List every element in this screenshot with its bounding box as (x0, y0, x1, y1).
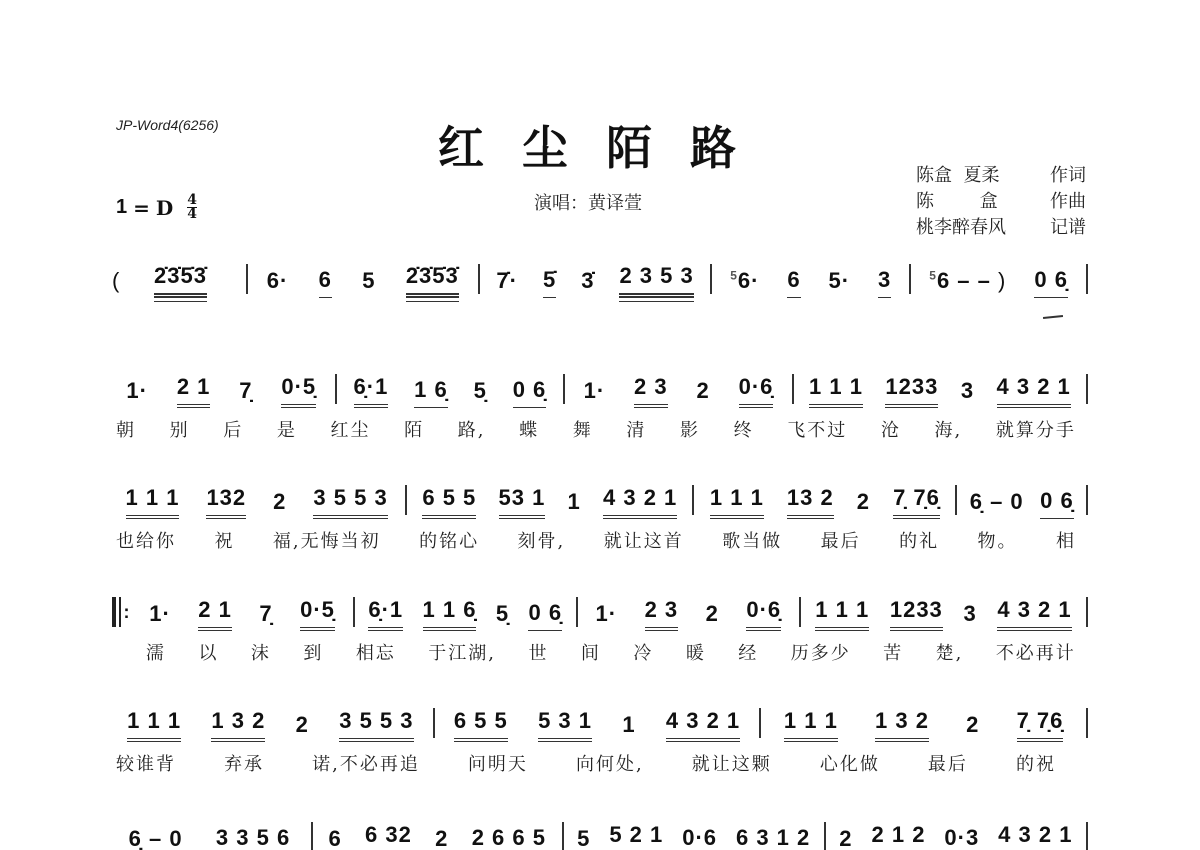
note-group: 0·6̣ (739, 374, 774, 408)
barline (824, 822, 826, 850)
note-group: 132 (206, 485, 246, 519)
lyric: 冷 (633, 639, 653, 665)
key-signature: 1 = D 4 4 (116, 194, 197, 221)
measure: 1 1 1 1 3 2 2 3 5 5 3 (112, 698, 429, 742)
lyric: 心化做 (820, 750, 880, 776)
lyric: 路, (458, 416, 486, 442)
note-group: 5̣ (474, 378, 487, 408)
lyric: 苦 (883, 639, 903, 665)
lyric: 相 (1056, 527, 1076, 553)
measure: 1· 2 3 2 0·6̣ (582, 587, 795, 631)
lyric: 较谁背 (116, 750, 176, 776)
lyric: 间 (581, 639, 601, 665)
credit-transcriber: 桃李醉春风 记谱 (916, 215, 1086, 241)
lyric: 影 (680, 416, 700, 442)
lyric: 濡 (146, 639, 166, 665)
note-group: 3 (878, 267, 891, 298)
note-group: 6̣ – 0 (129, 826, 183, 850)
measure: 2 2 1 2 0·3 4 3 2 1 (830, 812, 1082, 850)
key-note: D (156, 196, 173, 220)
time-signature-bottom: 4 (187, 208, 197, 221)
measure: 6̣ – 0 0 6̣ (961, 475, 1082, 519)
barline (562, 822, 564, 850)
note-group: 2 1 (177, 374, 211, 408)
note-group: 6̣·1 (368, 597, 403, 631)
note-group: 0·3 (944, 825, 979, 850)
measure: 7̇· 5̇ 3̇ 2 3 5 3 (484, 254, 706, 298)
lyric: 暖 (686, 639, 706, 665)
lyric: 诺,不必再追 (312, 750, 420, 776)
barline (692, 485, 694, 515)
lyric: 最后 (821, 527, 861, 553)
lyric: 陌 (404, 416, 424, 442)
note-group: 1 1 6̣ (423, 597, 477, 631)
note-group: 2 3 5 3 (619, 263, 693, 298)
note-group: 5· (829, 268, 851, 298)
note-group: 7̣ (239, 378, 252, 408)
barline (955, 485, 957, 515)
note-group: 3 (963, 601, 976, 631)
note-group: 6 (787, 267, 800, 298)
note-group: 5̣ (496, 601, 509, 631)
note-group: 2 (273, 489, 286, 519)
barline (1086, 264, 1088, 294)
note-group: 3̇ (581, 268, 594, 298)
lyric: 到 (303, 639, 323, 665)
lyric: 楚, (936, 639, 964, 665)
note-group: 2 3 (645, 597, 679, 631)
lyric: 朝 (116, 416, 136, 442)
lyric: 历多少 (791, 639, 851, 665)
note-group: 7̣ 7̣6̣ (1017, 708, 1064, 742)
staff-line-5: 1 1 1 1 3 2 2 3 5 5 3 6 5 5 5 3 1 1 4 3 … (112, 698, 1092, 742)
grace-note: 5 (929, 269, 937, 283)
measure: 1 1 1 13 2 2 7̣ 7̣6̣ (698, 475, 951, 519)
note-group: 0·6̣ (746, 597, 781, 631)
note-group: 0 6̣ (528, 600, 562, 631)
note-group: 3 5 5 3 (339, 708, 413, 742)
measure: 6 5 5 53 1 1 4 3 2 1 (411, 475, 688, 519)
note-group: 2 3 (634, 374, 668, 408)
lyric: 是 (277, 416, 297, 442)
credit-lyricist: 陈盒 夏柔 作词 (916, 163, 1086, 189)
measure: 1 1 1 132 2 3 5 5 3 (112, 475, 401, 519)
note-group: 1· (584, 378, 606, 408)
lyric: 最后 (928, 750, 968, 776)
note-group: 2̇3̇5̇3̇ (406, 263, 459, 298)
lyrics-line-2: 朝 别 后 是 红尘 陌 路, 蝶 舞 清 影 终 飞不过 沧 海, 就算分手 (116, 416, 1076, 442)
note-group: 2 (696, 378, 709, 408)
barline (710, 264, 712, 294)
measure: 1· 2 1 7̣ 0·5̣ (112, 364, 331, 408)
key-tonic-number: 1 (116, 196, 127, 219)
note-group: 1 3 2 (211, 708, 265, 742)
note-group: 0·5̣ (281, 374, 316, 408)
note-group: 2 1 2 (872, 822, 926, 850)
note-group: 1 1 1 (710, 485, 764, 519)
note-group: 5 (577, 826, 590, 850)
note-group: 1· (149, 601, 171, 631)
note-group: 0 6̣ (1040, 488, 1074, 519)
repeat-thin-bar (119, 597, 121, 627)
lyric: 不必再计 (996, 639, 1076, 665)
note-group: 53 1 (499, 485, 546, 519)
lyrics-line-5: 较谁背 弃承 诺,不必再追 问明天 向何处, 就让这颗 心化做 最后 的祝 (116, 750, 1056, 776)
note-group: 6 5 5 (422, 485, 476, 519)
note-group: 1233 (885, 374, 938, 408)
lyric: 问明天 (468, 750, 528, 776)
note-group: 13 2 (787, 485, 834, 519)
lyric: 沧 (881, 416, 901, 442)
barline (311, 822, 313, 850)
intro-open-paren: ( (112, 268, 119, 294)
lyric: 别 (170, 416, 190, 442)
note-group: 4 3 2 1 (997, 597, 1071, 631)
staff-line-3: 1 1 1 132 2 3 5 5 3 6 5 5 53 1 1 4 3 2 1… (112, 475, 1092, 519)
note-group: 2̇3̇5̇3̇ (154, 263, 207, 298)
lyrics-line-3: 也给你 祝 福,无悔当初 的铭心 刻骨, 就让这首 歌当做 最后 的礼 物。 相 (116, 527, 1076, 553)
note-group: 1 1 1 (127, 708, 181, 742)
note-group: 0 6̣ (1034, 267, 1068, 298)
lyric: 就算分手 (996, 416, 1076, 442)
measure: 1· 2 3 2 0·6̣ (569, 364, 788, 408)
note-group: 7̇· (496, 268, 518, 298)
lyric: 飞不过 (787, 416, 847, 442)
note-group: 7̣ (259, 601, 272, 631)
lyric: 于江湖, (428, 639, 496, 665)
note-group: 1233 (890, 597, 943, 631)
note-group: 1· (596, 601, 618, 631)
staff-line-4: : 1· 2 1 7̣ 0·5̣ 6̣·1 1 1 6̣ 5̣ 0 6̣ 1· … (112, 587, 1092, 631)
grace-note-group: 56 – – ) (929, 268, 1006, 298)
lyric: 海, (934, 416, 962, 442)
source-label: JP-Word4(6256) (116, 117, 219, 133)
note-group: 1 1 1 (126, 485, 180, 519)
lyric: 沫 (251, 639, 271, 665)
note-group: 5 3 1 (538, 708, 592, 742)
barline (792, 374, 794, 404)
note-group: 3 5 5 3 (313, 485, 387, 519)
breath-mark (1043, 315, 1063, 319)
note: 6 – – (937, 268, 998, 293)
note-group: 2 6 6 5 (472, 825, 546, 850)
barline (799, 597, 801, 627)
repeat-dots: : (124, 597, 130, 627)
note-group: 0·6 (682, 825, 717, 850)
barline (576, 597, 578, 627)
measure: 6 5 5 5 3 1 1 4 3 2 1 (439, 698, 756, 742)
lyric: 福,无悔当初 (273, 527, 381, 553)
credit-role: 记谱 (1050, 215, 1086, 241)
barline (1086, 374, 1088, 404)
measure: 5 5 2 1 0·6 6 3 1 2 (568, 812, 820, 850)
song-title: 红尘陌路 (438, 112, 774, 178)
note-group: 6 32 (365, 822, 412, 850)
note-group: 2 (296, 712, 309, 742)
repeat-start-sign: : (112, 597, 130, 627)
note-group: 5 2 1 (609, 822, 663, 850)
note-group: 1 3 2 (875, 708, 929, 742)
measure: 6· 6 5 2̇3̇5̇3̇ (252, 254, 474, 298)
note-group: 0·5̣ (300, 597, 335, 631)
lyric: 舞 (573, 416, 593, 442)
note-group: 6 3 1 2 (736, 825, 810, 850)
barline (405, 485, 407, 515)
lyric: 祝 (214, 527, 234, 553)
barline (759, 708, 761, 738)
credit-names: 陈 盒 (916, 189, 998, 215)
credit-role: 作曲 (1050, 189, 1086, 215)
note-group: 2 (435, 826, 448, 850)
lyric: 歌当做 (722, 527, 782, 553)
repeat-thick-bar (112, 597, 116, 627)
staff-line-6: 6̣ – 0 3 3 5 6 6 6 32 2 2 6 6 5 5 5 2 1 … (112, 812, 1092, 850)
lyric: 弃承 (224, 750, 264, 776)
lyric: 就让这颗 (692, 750, 772, 776)
lyric: 就让这首 (604, 527, 684, 553)
lyric: 的祝 (1016, 750, 1056, 776)
key-equals: = (133, 196, 150, 220)
lyric: 蝶 (519, 416, 539, 442)
measure: 6̣ – 0 3 3 5 6 (112, 812, 307, 850)
note-group: 1 1 1 (815, 597, 869, 631)
grace-note-group: 56· (730, 268, 759, 298)
note: 6· (738, 268, 760, 293)
note-group: 6 (319, 267, 332, 298)
credit-composer: 陈 盒 作曲 (916, 189, 1086, 215)
note-group: 6· (267, 268, 289, 298)
barline (1086, 597, 1088, 627)
note-group: 0 6̣ (513, 377, 547, 408)
lyric: 也给你 (116, 527, 176, 553)
note-group: 2 1 (198, 597, 232, 631)
barline (563, 374, 565, 404)
note-group: 6 (329, 826, 342, 850)
time-signature: 4 4 (187, 194, 197, 221)
lyric: 终 (734, 416, 754, 442)
note-group: 1 1 1 (784, 708, 838, 742)
measure: 56· 6 5· 3 (716, 254, 905, 298)
measure: 1 1 1 1233 3 4 3 2 1 (805, 587, 1082, 631)
lyric: 清 (626, 416, 646, 442)
note-group: 3 (961, 378, 974, 408)
barline (353, 597, 355, 627)
note-group: 4 3 2 1 (997, 374, 1071, 408)
note-group: 4 3 2 1 (998, 822, 1072, 850)
note-group: 5 (362, 268, 375, 298)
credits-block: 陈盒 夏柔 作词 陈 盒 作曲 桃李醉春风 记谱 (916, 163, 1086, 241)
note-group: 1 (622, 712, 635, 742)
note-group: 6 5 5 (454, 708, 508, 742)
barline (1086, 822, 1088, 850)
note-group: 6̣·1 (354, 374, 389, 408)
lyric: 红尘 (331, 416, 371, 442)
note-group: 1 6̣ (414, 377, 448, 408)
note-group: 3 3 5 6 (216, 825, 290, 850)
barline (335, 374, 337, 404)
note-group: 1 1 1 (809, 374, 863, 408)
note-group: 1 (568, 489, 581, 519)
lyric: 后 (223, 416, 243, 442)
note-group: 2 (839, 826, 852, 850)
note-group: 1· (126, 378, 148, 408)
note-group: 5̇ (543, 267, 556, 298)
lyric: 相忘 (356, 639, 396, 665)
measure: 1 1 1 1233 3 4 3 2 1 (798, 364, 1082, 408)
measure: 1· 2 1 7̣ 0·5̣ (136, 587, 349, 631)
note-group: 4 3 2 1 (603, 485, 677, 519)
measure: 6 6 32 2 2 6 6 5 (317, 812, 558, 850)
lyric: 的礼 (899, 527, 939, 553)
measure: 6̣·1 1 1 6̣ 5̣ 0 6̣ (359, 587, 572, 631)
barline (433, 708, 435, 738)
lyrics-line-4: 濡 以 沫 到 相忘 于江湖, 世 间 冷 暖 经 历多少 苦 楚, 不必再计 (146, 639, 1076, 665)
intro-close-paren: ) (998, 268, 1006, 293)
note-group: 7̣ 7̣6̣ (893, 485, 940, 519)
barline (1086, 708, 1088, 738)
lyric: 向何处, (576, 750, 644, 776)
measure: 6̣·1 1 6̣ 5̣ 0 6̣ (341, 364, 560, 408)
lyric: 经 (738, 639, 758, 665)
grace-note: 5 (730, 269, 738, 283)
barline (478, 264, 480, 294)
credit-names: 桃李醉春风 (916, 215, 1006, 241)
note-group: 6̣ – 0 (970, 489, 1024, 519)
measure: 2̇3̇5̇3̇ (119, 254, 241, 298)
staff-line-2: 1· 2 1 7̣ 0·5̣ 6̣·1 1 6̣ 5̣ 0 6̣ 1· 2 3 … (112, 364, 1092, 408)
barline (1086, 485, 1088, 515)
lyric: 刻骨, (518, 527, 566, 553)
lyric: 世 (528, 639, 548, 665)
credit-role: 作词 (1050, 163, 1086, 189)
note-group: 2 (706, 601, 719, 631)
singer-label: 演唱：黄译萱 (534, 189, 642, 215)
lyric: 物。 (978, 527, 1018, 553)
credit-names: 陈盒 夏柔 (916, 163, 999, 189)
barline (909, 264, 911, 294)
measure: 56 – – ) 0 6̣ (915, 254, 1082, 298)
note-group: 2 (966, 712, 979, 742)
note-group: 4 3 2 1 (666, 708, 740, 742)
lyric: 以 (198, 639, 218, 665)
staff-line-1: ( 2̇3̇5̇3̇ 6· 6 5 2̇3̇5̇3̇ 7̇· 5̇ 3̇ 2 3… (112, 254, 1092, 298)
lyric: 的铭心 (419, 527, 479, 553)
measure: 1 1 1 1 3 2 2 7̣ 7̣6̣ (765, 698, 1082, 742)
note-group: 2 (857, 489, 870, 519)
barline (246, 264, 248, 294)
